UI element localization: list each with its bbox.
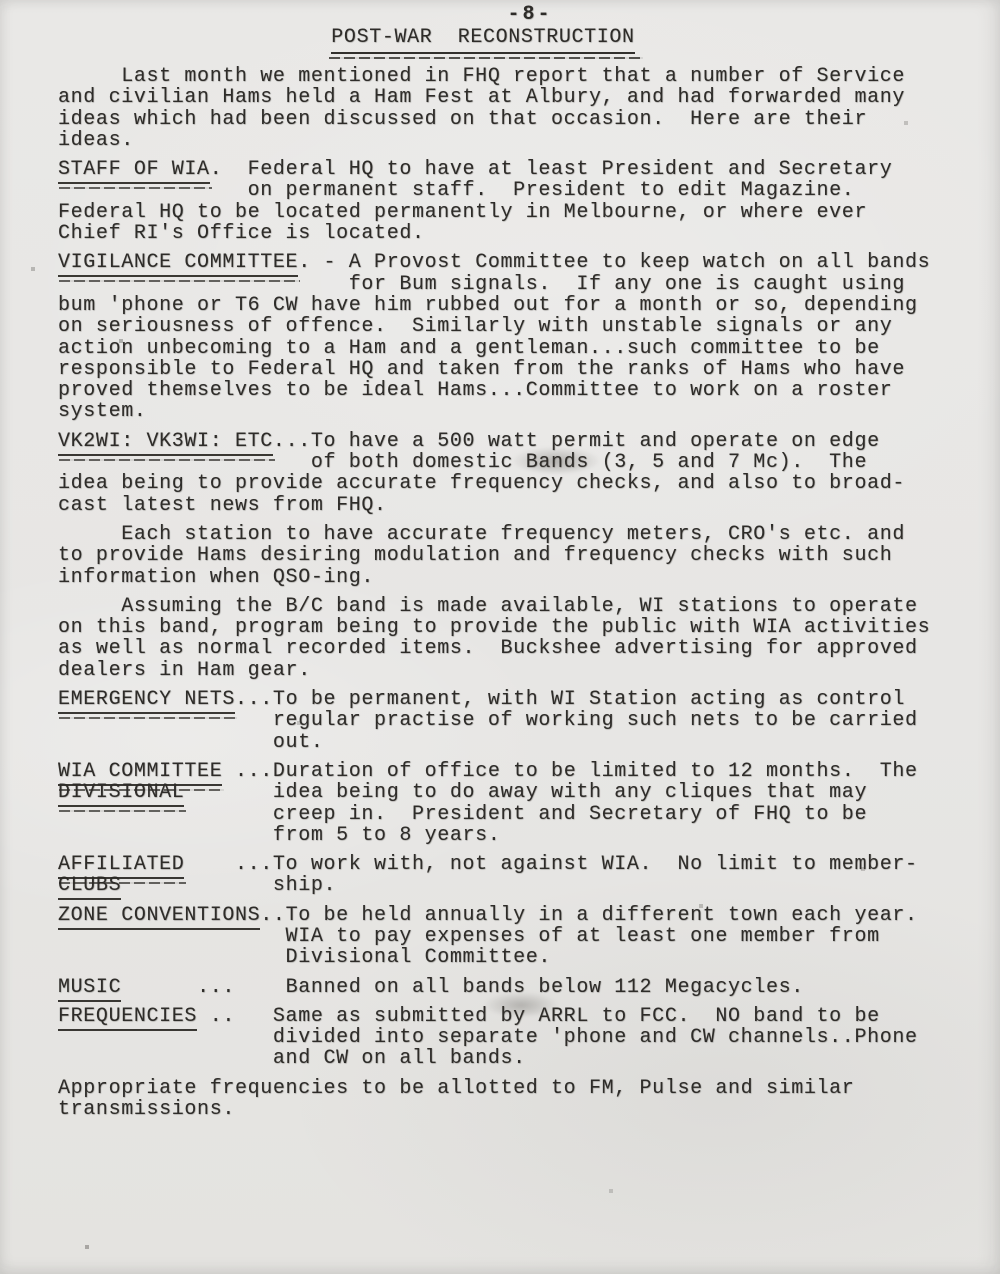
text-line: Chief RI's Office is located. [58, 223, 1000, 244]
section-intro: Last month we mentioned in FHQ report th… [58, 66, 1000, 151]
section-heading: VIGILANCE COMMITTEE [58, 251, 298, 277]
text-segment: to provide Hams desiring modulation and … [58, 544, 892, 567]
text-segment: Chief RI's Office is located. [58, 222, 425, 245]
text-segment: ...Duration of office to be limited to 1… [222, 760, 917, 783]
scan-specks [0, 0, 2, 2]
text-segment: divided into separate 'phone and CW chan… [58, 1026, 918, 1049]
text-line: creep in. President and Secretary of FHQ… [58, 804, 1000, 825]
text-segment: system. [58, 400, 147, 423]
text-segment: and civilian Hams held a Ham Fest at Alb… [58, 86, 905, 109]
text-segment: as well as normal recorded items. Bucksh… [58, 637, 918, 660]
section-frequency-checks: Each station to have accurate frequency … [58, 524, 1000, 588]
text-line: AFFILIATED ...To work with, not against … [58, 854, 1000, 875]
text-line: Each station to have accurate frequency … [58, 524, 1000, 545]
text-line: Assuming the B/C band is made available,… [58, 596, 1000, 617]
section-affiliated-clubs: AFFILIATED ...To work with, not against … [58, 854, 1000, 897]
text-segment: transmissions. [58, 1098, 235, 1121]
text-segment: and CW on all bands. [58, 1047, 526, 1070]
text-line: responsible to Federal HQ and taken from… [58, 359, 1000, 380]
text-segment: ideas. [58, 129, 134, 152]
text-segment: idea being to provide accurate frequency… [58, 472, 905, 495]
text-segment: WIA to pay expenses of at least one memb… [58, 925, 880, 948]
text-line: CLUBS ship. [58, 875, 1000, 896]
text-line: bum 'phone or T6 CW have him rubbed out … [58, 295, 1000, 316]
text-segment: Divisional Committee. [58, 946, 551, 969]
section-vigilance-committee: VIGILANCE COMMITTEE. - A Provost Committ… [58, 252, 1000, 422]
text-segment: .. Same as submitted by ARRL to FCC. NO … [197, 1005, 880, 1028]
text-segment: ...To be permanent, with WI Station acti… [235, 688, 905, 711]
section-broadcast-band: Assuming the B/C band is made available,… [58, 596, 1000, 681]
text-segment: on seriousness of offence. Similarly wit… [58, 315, 892, 338]
section-heading: VK2WI: VK3WI: ETC [58, 430, 273, 456]
text-segment: bum 'phone or T6 CW have him rubbed out … [58, 294, 918, 317]
text-line: FREQUENCIES .. Same as submitted by ARRL… [58, 1006, 1000, 1027]
section-music: MUSIC ... Banned on all bands below 112 … [58, 977, 1000, 998]
text-segment: ... Banned on all bands below 112 Megacy… [121, 976, 804, 999]
text-line: proved themselves to be ideal Hams...Com… [58, 380, 1000, 401]
text-line: WIA to pay expenses of at least one memb… [58, 926, 1000, 947]
text-line: VK2WI: VK3WI: ETC...To have a 500 watt p… [58, 431, 1000, 452]
text-line: WIA COMMITTEE ...Duration of office to b… [58, 761, 1000, 782]
text-line: EMERGENCY NETS...To be permanent, with W… [58, 689, 1000, 710]
section-heading: AFFILIATED [58, 853, 184, 879]
text-segment: action unbecoming to a Ham and a gentlem… [58, 337, 880, 360]
text-line: out. [58, 732, 1000, 753]
scanned-document-page: -8- POST-WAR RECONSTRUCTION Last month w… [0, 0, 1000, 1274]
text-line: on this band, program being to provide t… [58, 617, 1000, 638]
text-segment: ...To have a 500 watt permit and operate… [273, 430, 880, 453]
text-line: system. [58, 401, 1000, 422]
text-line: from 5 to 8 years. [58, 825, 1000, 846]
text-segment: ..To be held annually in a different tow… [260, 904, 917, 927]
text-line: cast latest news from FHQ. [58, 495, 1000, 516]
text-segment: dealers in Ham gear. [58, 659, 311, 682]
text-segment: . - A Provost Committee to keep watch on… [298, 251, 930, 274]
text-line: dealers in Ham gear. [58, 660, 1000, 681]
text-segment: cast latest news from FHQ. [58, 494, 387, 517]
text-segment: out. [58, 731, 323, 754]
text-line: idea being to provide accurate frequency… [58, 473, 1000, 494]
text-segment: Appropriate frequencies to be allotted t… [58, 1077, 854, 1100]
text-line: and CW on all bands. [58, 1048, 1000, 1069]
text-line: information when QSO-ing. [58, 567, 1000, 588]
text-segment: from 5 to 8 years. [58, 824, 500, 847]
text-line: transmissions. [58, 1099, 1000, 1120]
document-body: Last month we mentioned in FHQ report th… [0, 66, 1000, 1120]
text-line: ideas which had been discussed on that o… [58, 109, 1000, 130]
section-frequencies: FREQUENCIES .. Same as submitted by ARRL… [58, 1006, 1000, 1070]
section-heading: DIVISIONAL [58, 781, 184, 807]
section-wia-divisional-committee: WIA COMMITTEE ...Duration of office to b… [58, 761, 1000, 846]
title-row: POST-WAR RECONSTRUCTION [0, 26, 1000, 54]
section-heading: MUSIC [58, 976, 121, 1002]
text-line: Appropriate frequencies to be allotted t… [58, 1078, 1000, 1099]
text-segment: Federal HQ to be located permanently in … [58, 201, 867, 224]
page-header: -8- POST-WAR RECONSTRUCTION [0, 4, 1000, 54]
page-number-row: -8- [0, 4, 1000, 25]
section-heading: STAFF OF WIA [58, 158, 210, 184]
section-emergency-nets: EMERGENCY NETS...To be permanent, with W… [58, 689, 1000, 753]
section-zone-conventions: ZONE CONVENTIONS..To be held annually in… [58, 905, 1000, 969]
text-line: Divisional Committee. [58, 947, 1000, 968]
text-line: as well as normal recorded items. Bucksh… [58, 638, 1000, 659]
text-line: MUSIC ... Banned on all bands below 112 … [58, 977, 1000, 998]
text-segment: . Federal HQ to have at least President … [210, 158, 893, 181]
section-heading: EMERGENCY NETS [58, 688, 235, 714]
text-line: and civilian Hams held a Ham Fest at Alb… [58, 87, 1000, 108]
text-segment: responsible to Federal HQ and taken from… [58, 358, 905, 381]
section-fm-pulse-allocation: Appropriate frequencies to be allotted t… [58, 1078, 1000, 1121]
text-segment: Each station to have accurate frequency … [58, 523, 905, 546]
section-vk2wi-vk3wi-stations: VK2WI: VK3WI: ETC...To have a 500 watt p… [58, 431, 1000, 516]
text-segment: ...To work with, not against WIA. No lim… [184, 853, 917, 876]
text-segment: Last month we mentioned in FHQ report th… [58, 65, 905, 88]
text-line: Last month we mentioned in FHQ report th… [58, 66, 1000, 87]
page-number: -8- [507, 4, 552, 25]
text-line: action unbecoming to a Ham and a gentlem… [58, 338, 1000, 359]
text-line: divided into separate 'phone and CW chan… [58, 1027, 1000, 1048]
text-line: VIGILANCE COMMITTEE. - A Provost Committ… [58, 252, 1000, 273]
text-segment: ideas which had been discussed on that o… [58, 108, 867, 131]
text-line: Federal HQ to be located permanently in … [58, 202, 1000, 223]
text-segment: idea being to do away with any cliques t… [184, 781, 867, 804]
text-line: ideas. [58, 130, 1000, 151]
text-line: on seriousness of offence. Similarly wit… [58, 316, 1000, 337]
text-line: STAFF OF WIA. Federal HQ to have at leas… [58, 159, 1000, 180]
text-segment: proved themselves to be ideal Hams...Com… [58, 379, 892, 402]
section-staff-of-wia: STAFF OF WIA. Federal HQ to have at leas… [58, 159, 1000, 244]
page-title: POST-WAR RECONSTRUCTION [331, 26, 634, 54]
text-segment: information when QSO-ing. [58, 566, 374, 589]
text-segment: Assuming the B/C band is made available,… [58, 595, 918, 618]
text-line: to provide Hams desiring modulation and … [58, 545, 1000, 566]
text-segment: on this band, program being to provide t… [58, 616, 930, 639]
text-line: ZONE CONVENTIONS..To be held annually in… [58, 905, 1000, 926]
